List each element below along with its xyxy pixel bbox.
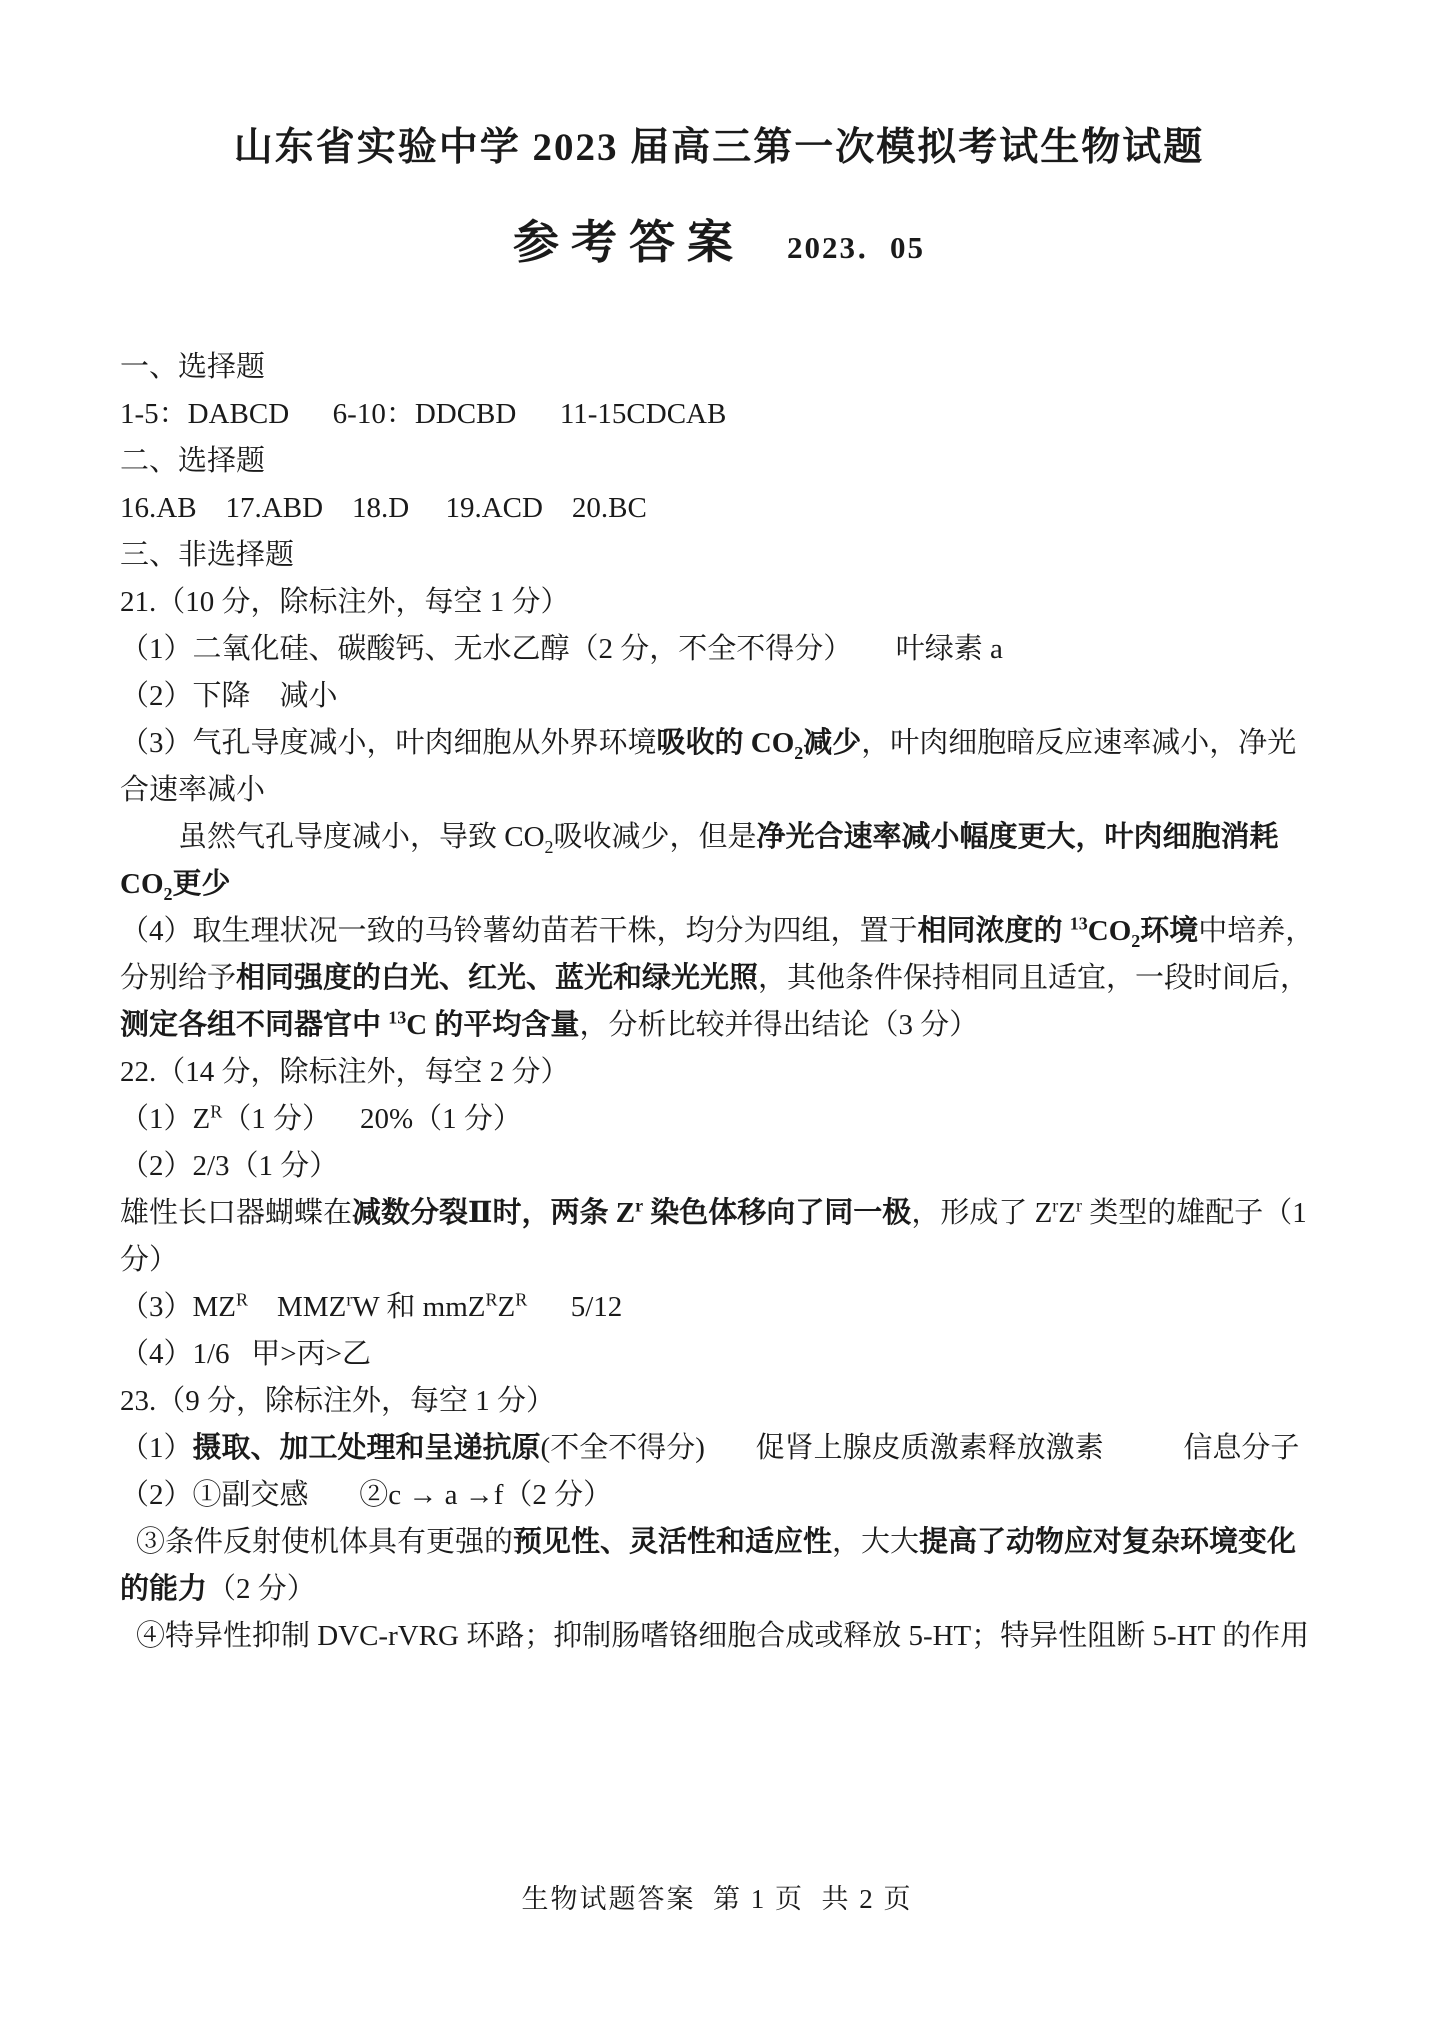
text-line: （1）ZR（1 分） 20%（1 分） <box>120 1096 1318 1143</box>
exam-date: 2023．05 <box>787 230 925 265</box>
text-run: 23.（9 分，除标注外，每空 1 分） <box>120 1385 555 1417</box>
text-line: 21.（10 分，除标注外，每空 1 分） <box>120 579 1318 626</box>
text-run: 染色体移向了同一极 <box>643 1197 911 1229</box>
text-run: （4）取生理状况一致的马铃薯幼苗若干株，均分为四组，置于 <box>120 915 918 947</box>
text-run: ④特异性抑制 DVC-rVRG 环路；抑制肠嗜铬细胞合成或释放 5-HT；特异性… <box>136 1620 1309 1652</box>
text-line: ④特异性抑制 DVC-rVRG 环路；抑制肠嗜铬细胞合成或释放 5-HT；特异性… <box>120 1613 1318 1660</box>
text-run: 测定各组不同器官中 <box>120 1009 388 1041</box>
text-run: R <box>485 1289 497 1309</box>
text-run: CO <box>1088 915 1132 947</box>
text-run: MMZ <box>248 1291 346 1323</box>
text-run: 16.AB 17.ABD 18.D 19.ACD 20.BC <box>120 492 647 524</box>
text-run: 虽然气孔导度减小，导致 CO <box>178 821 545 853</box>
text-run: 更少 <box>172 868 230 900</box>
text-run: 吸收的 CO <box>657 727 795 759</box>
text-run: ，其他条件保持相同且适宜，一段时间后， <box>758 962 1309 994</box>
text-run: （1）二氧化硅、碳酸钙、无水乙醇（2 分，不全不得分） 叶绿素 a <box>120 633 1003 665</box>
text-run: 2 <box>1131 931 1140 951</box>
text-run: 相同浓度的 <box>918 915 1070 947</box>
text-line: （2）下降 减小 <box>120 673 1318 720</box>
text-line: （1）二氧化硅、碳酸钙、无水乙醇（2 分，不全不得分） 叶绿素 a <box>120 626 1318 673</box>
text-line: 三、非选择题 <box>120 532 1318 579</box>
text-line: 雄性长口器蝴蝶在减数分裂Ⅱ时，两条 Zr 染色体移向了同一极，形成了 ZrZr … <box>120 1190 1318 1284</box>
text-run: (不全不得分) 促肾上腺皮质激素释放激素 信息分子 <box>541 1432 1300 1464</box>
text-line: （3）气孔导度减小，叶肉细胞从外界环境吸收的 CO2减少，叶肉细胞暗反应速率减小… <box>120 720 1318 814</box>
text-line: ③条件反射使机体具有更强的预见性、灵活性和适应性，大大提高了动物应对复杂环境变化… <box>120 1519 1318 1613</box>
text-run: Z <box>497 1291 515 1323</box>
document-lines: 一、选择题1-5：DABCD 6-10：DDCBD 11-15CDCAB二、选择… <box>120 344 1318 1660</box>
text-run: 减少 <box>803 727 861 759</box>
text-run: ，分析比较并得出结论（3 分） <box>579 1009 978 1041</box>
text-run: 相同强度的白光、红光、蓝光和绿光光照 <box>236 962 758 994</box>
text-run: 2 <box>794 743 803 763</box>
text-run: （1）Z <box>120 1103 210 1135</box>
text-run: R <box>236 1289 248 1309</box>
text-run: 5/12 <box>527 1291 622 1323</box>
document-subtitle: 参考答案2023．05 <box>120 206 1318 272</box>
text-run: 21.（10 分，除标注外，每空 1 分） <box>120 586 570 618</box>
text-line: 1-5：DABCD 6-10：DDCBD 11-15CDCAB <box>120 391 1318 438</box>
text-run: 13 <box>1070 913 1088 933</box>
text-line: （4）取生理状况一致的马铃薯幼苗若干株，均分为四组，置于相同浓度的 13CO2环… <box>120 908 1318 1049</box>
text-line: 23.（9 分，除标注外，每空 1 分） <box>120 1378 1318 1425</box>
text-run: r <box>635 1195 643 1215</box>
text-line: 一、选择题 <box>120 344 1318 391</box>
text-run: （2）下降 减小 <box>120 680 338 712</box>
text-run: W 和 mmZ <box>352 1291 485 1323</box>
text-line: 二、选择题 <box>120 438 1318 485</box>
text-run: （2）①副交感 ②c → a →f（2 分） <box>120 1479 612 1511</box>
text-run: （1 分） 20%（1 分） <box>222 1103 522 1135</box>
text-run: 雄性长口器蝴蝶在 <box>120 1197 352 1229</box>
text-run: （3）气孔导度减小，叶肉细胞从外界环境 <box>120 727 657 759</box>
text-run: 减数分裂Ⅱ时，两条 Z <box>352 1197 635 1229</box>
text-run: Z <box>1058 1197 1076 1229</box>
text-run: 22.（14 分，除标注外，每空 2 分） <box>120 1056 570 1088</box>
text-line: （1）摄取、加工处理和呈递抗原(不全不得分) 促肾上腺皮质激素释放激素 信息分子 <box>120 1425 1318 1472</box>
text-run: （4）1/6 甲>丙>乙 <box>120 1338 371 1370</box>
text-run: R <box>210 1101 222 1121</box>
text-run: 摄取、加工处理和呈递抗原 <box>193 1432 541 1464</box>
text-line: （2）2/3（1 分） <box>120 1143 1318 1190</box>
text-line: （3）MZR MMZrW 和 mmZRZR 5/12 <box>120 1284 1318 1331</box>
text-run: 预见性、灵活性和适应性 <box>513 1526 832 1558</box>
text-run: ，形成了 Z <box>911 1197 1052 1229</box>
text-line: （4）1/6 甲>丙>乙 <box>120 1331 1318 1378</box>
text-run: 三、非选择题 <box>120 539 294 571</box>
text-run: 1-5：DABCD 6-10：DDCBD 11-15CDCAB <box>120 398 726 430</box>
page-footer: 生物试题答案 第 1 页 共 2 页 <box>0 1877 1434 1916</box>
document-title: 山东省实验中学 2023 届高三第一次模拟考试生物试题 <box>120 116 1318 172</box>
text-run: ，大大 <box>832 1526 919 1558</box>
text-run: 吸收减少，但是 <box>554 821 757 853</box>
text-run: C 的平均含量 <box>406 1009 579 1041</box>
text-run: R <box>515 1289 527 1309</box>
text-line: （2）①副交感 ②c → a →f（2 分） <box>120 1472 1318 1519</box>
text-run: 2 <box>545 837 554 857</box>
text-run: 环境 <box>1140 915 1198 947</box>
answer-key-heading: 参考答案 <box>513 217 745 268</box>
text-run: （2）2/3（1 分） <box>120 1150 338 1182</box>
text-line: 虽然气孔导度减小，导致 CO2吸收减少，但是净光合速率减小幅度更大，叶肉细胞消耗… <box>120 814 1318 908</box>
document-page: 山东省实验中学 2023 届高三第一次模拟考试生物试题 参考答案2023．05 … <box>0 0 1434 2024</box>
text-run: （2 分） <box>207 1573 316 1605</box>
text-run: ③条件反射使机体具有更强的 <box>136 1526 513 1558</box>
text-run: （3）MZ <box>120 1291 236 1323</box>
text-line: 22.（14 分，除标注外，每空 2 分） <box>120 1049 1318 1096</box>
text-run: （1） <box>120 1432 193 1464</box>
text-run: 13 <box>388 1007 406 1027</box>
text-run: 一、选择题 <box>120 351 265 383</box>
text-run: 二、选择题 <box>120 445 265 477</box>
text-line: 16.AB 17.ABD 18.D 19.ACD 20.BC <box>120 485 1318 532</box>
